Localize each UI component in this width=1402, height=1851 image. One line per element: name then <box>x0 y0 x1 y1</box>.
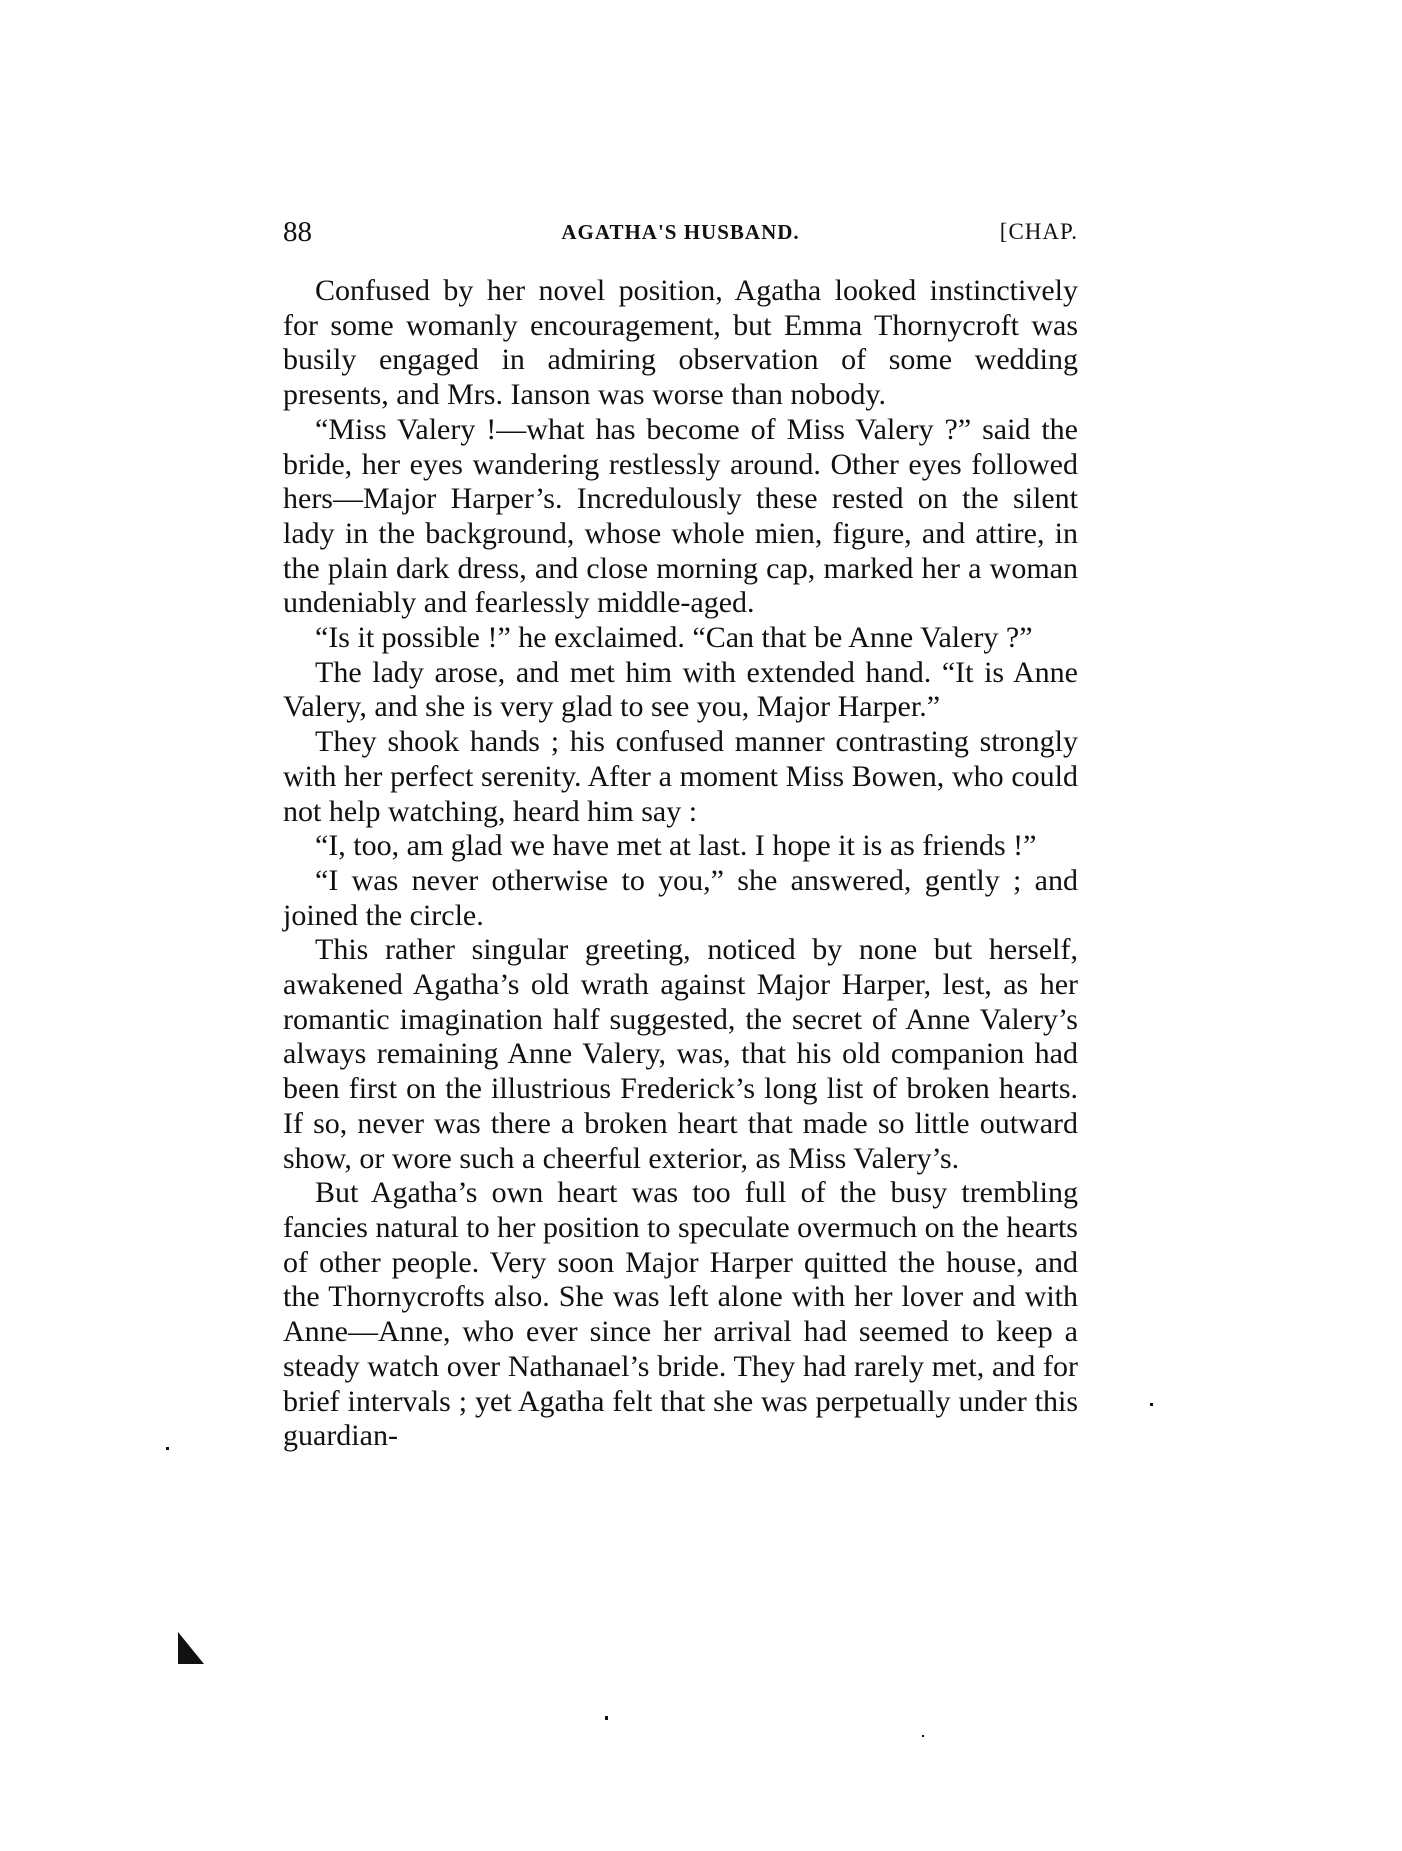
running-head: 88 AGATHA'S HUSBAND. [CHAP. <box>283 210 1078 254</box>
scan-speck <box>605 1716 608 1720</box>
paragraph: The lady arose, and met him with extende… <box>283 656 1078 725</box>
scan-speck <box>922 1735 924 1737</box>
paragraph: “Miss Valery !—what has become of Miss V… <box>283 413 1078 621</box>
paragraph: But Agatha’s own heart was too full of t… <box>283 1176 1078 1454</box>
book-page: 88 AGATHA'S HUSBAND. [CHAP. Confused by … <box>283 210 1078 1454</box>
paragraph: “Is it possible !” he exclaimed. “Can th… <box>283 621 1078 656</box>
paragraph: Confused by her novel position, Agatha l… <box>283 274 1078 413</box>
scan-speck <box>166 1447 169 1450</box>
chapter-marker: [CHAP. <box>1000 210 1078 254</box>
paragraph: “I, too, am glad we have met at last. I … <box>283 829 1078 864</box>
paragraph: They shook hands ; his confused manner c… <box>283 725 1078 829</box>
running-title: AGATHA'S HUSBAND. <box>283 210 1078 254</box>
paragraph: “I was never otherwise to you,” she answ… <box>283 864 1078 933</box>
scan-speck <box>1150 1403 1153 1406</box>
body-text: Confused by her novel position, Agatha l… <box>283 274 1078 1454</box>
paragraph: This rather singular greeting, noticed b… <box>283 933 1078 1176</box>
scan-artifact-triangle-icon <box>178 1632 204 1664</box>
